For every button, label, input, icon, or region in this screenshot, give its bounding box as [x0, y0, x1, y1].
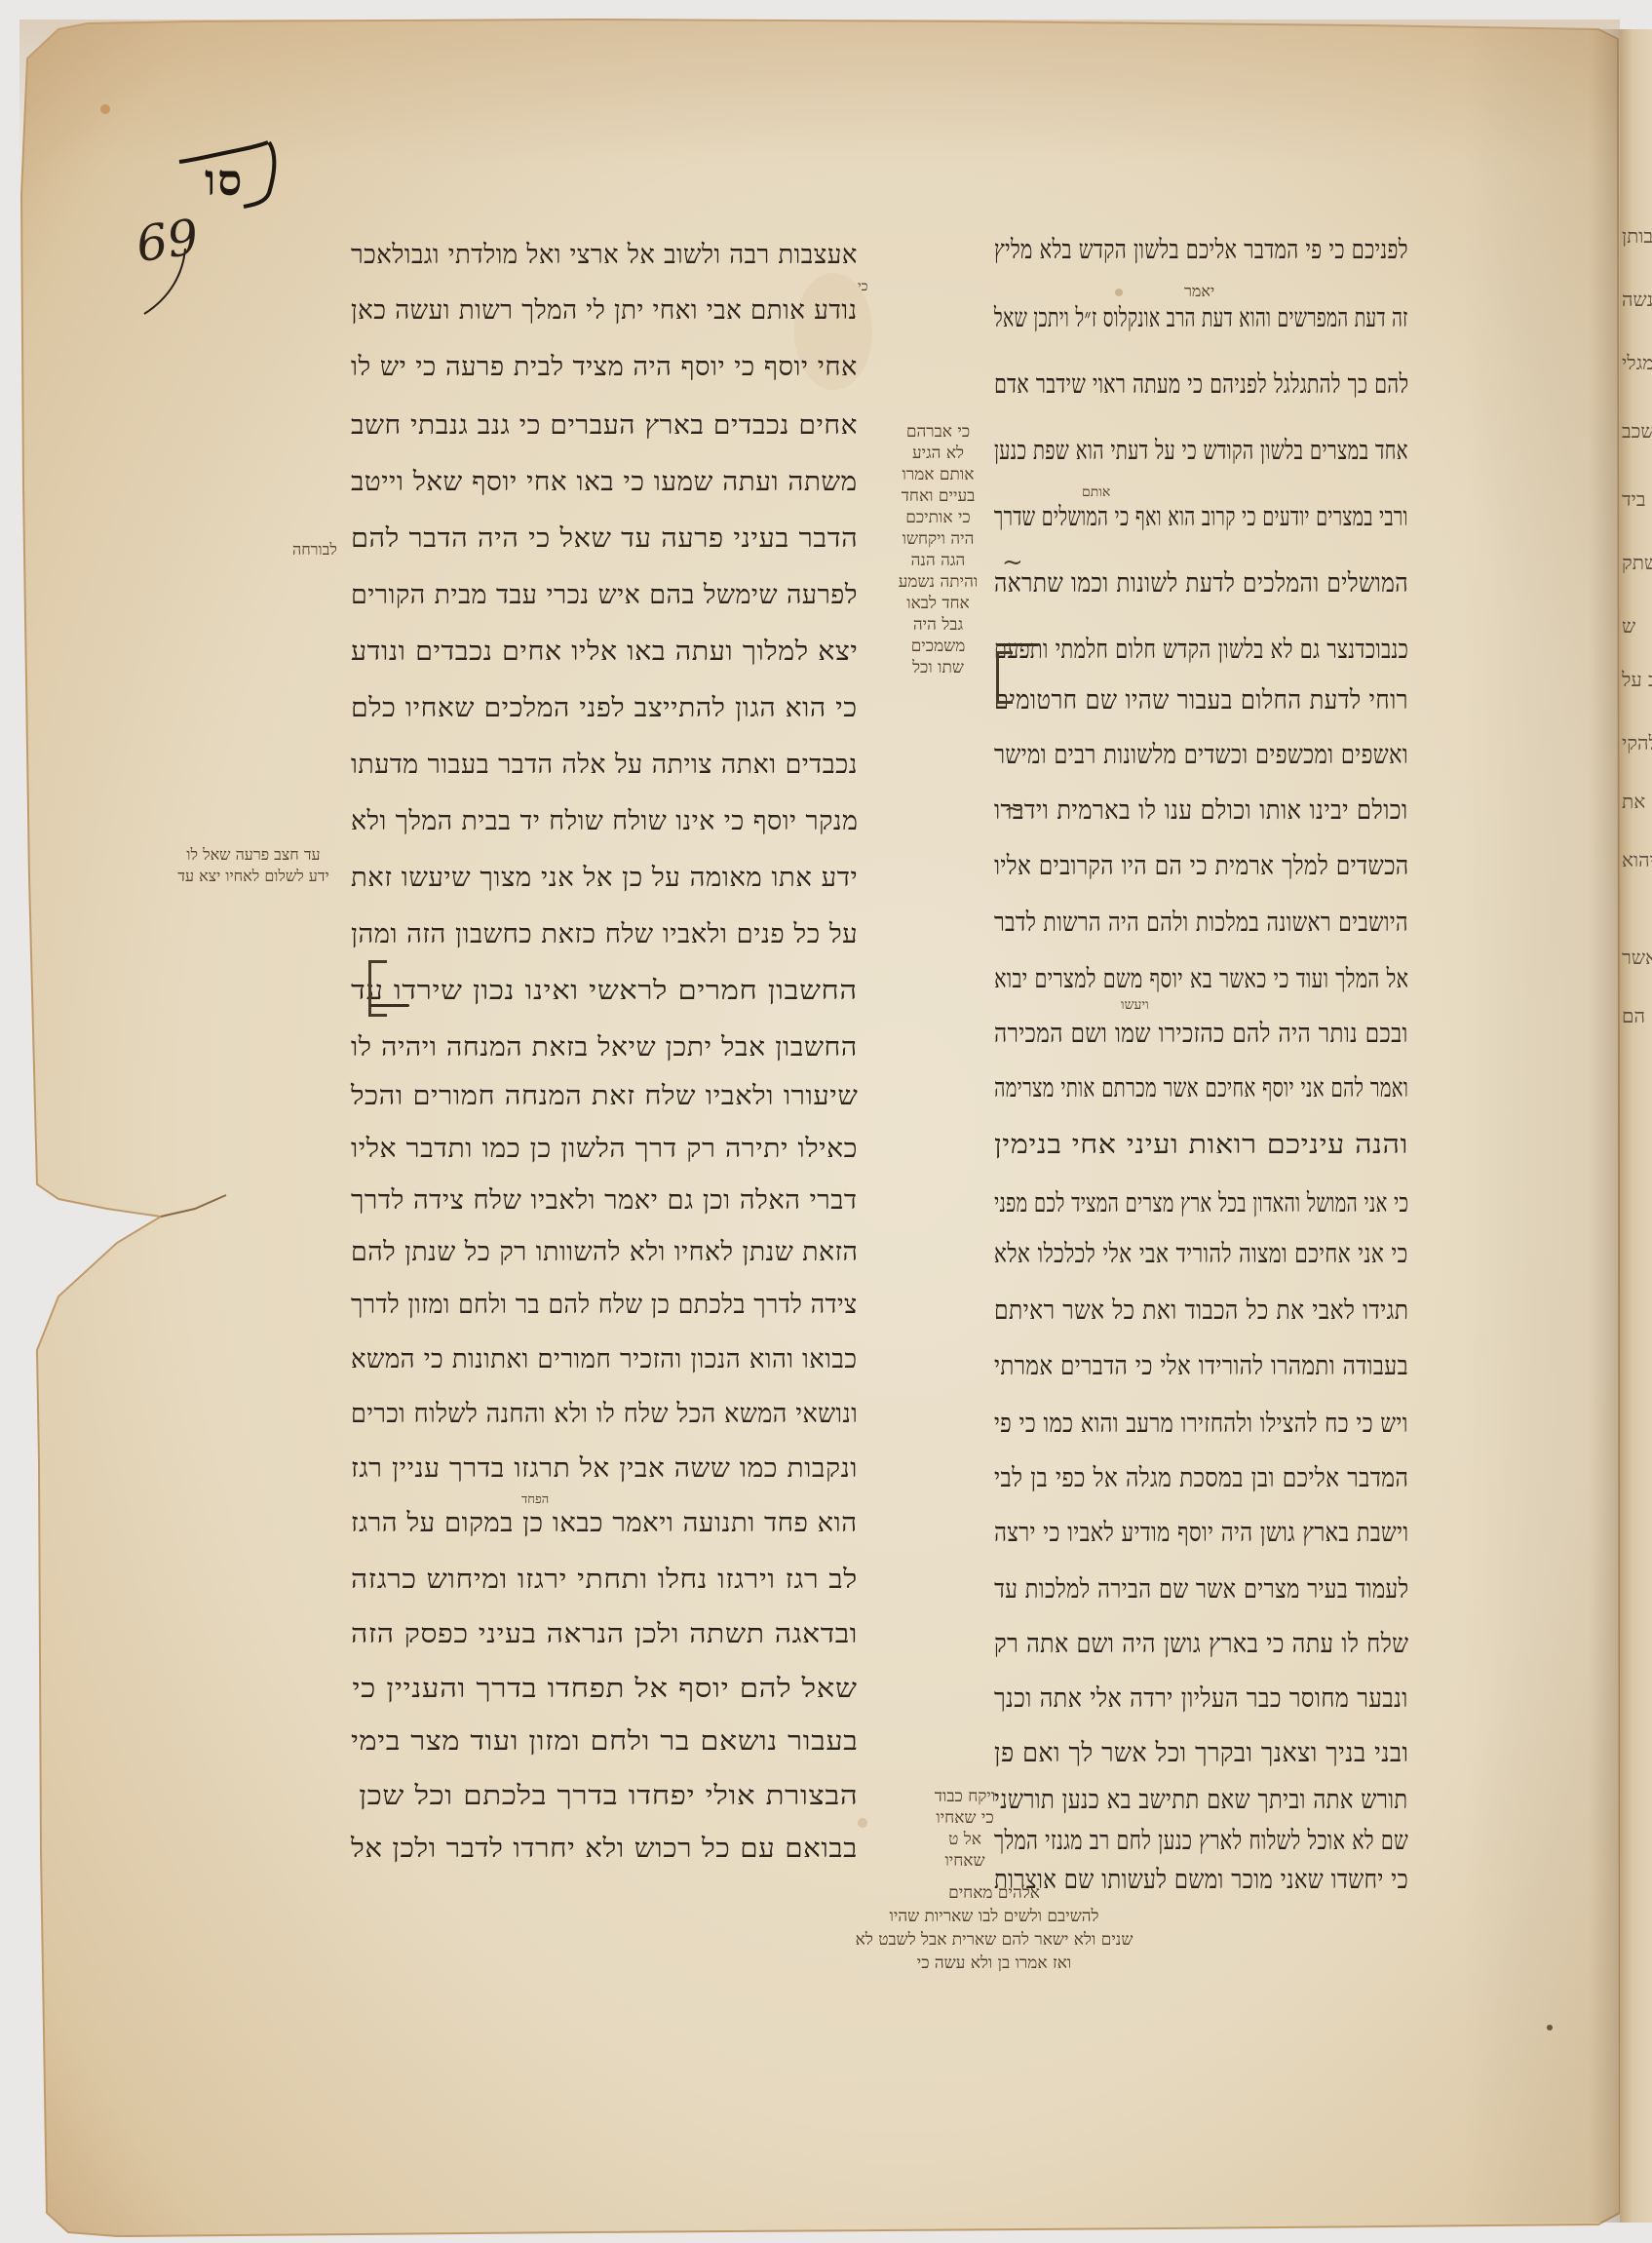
text-line: אל המלך ועוד כי כאשר בא יוסף משם למצרים … — [994, 963, 1408, 996]
text-line: אחי יוסף כי יוסף היה מציד לבית פרעה כי י… — [351, 351, 858, 384]
gloss-line: בעיים ואחד — [882, 485, 994, 507]
adjacent-page-text: אשר — [1622, 946, 1652, 970]
adjacent-page-edge: בותן נשה המגלי ישכב ב ביד ישתק ש לכ על ל… — [1620, 29, 1652, 2223]
text-line: לב רגז וירגזו נחלו ותחתי ירגזו ומיחוש כר… — [351, 1564, 858, 1597]
text-line: לפרעה שימשל בהם איש נכרי עבד מבית הקורים — [351, 579, 858, 612]
gloss-line: שנים ולא ישאר להם שארית אבל לשבט לא — [770, 1928, 1218, 1952]
text-line: החשבון אבל יתכן שיאל בזאת המנחה ויהיה לו — [351, 1031, 858, 1064]
text-line: לפניכם כי פי המדבר אליכם בלשון הקדש בלא … — [994, 234, 1408, 267]
adjacent-page-text: לכ על — [1622, 668, 1652, 692]
gloss-line: עד חצב פרעה שאל לו — [146, 844, 361, 866]
text-line: דברי האלה וכן גם יאמר ולאביו שלח צידה לד… — [351, 1184, 858, 1218]
text-line: הבצורת אולי יפחדו בדרך בלכתם וכל שכן — [359, 1780, 858, 1813]
gloss-line: שתו וכל — [882, 657, 994, 678]
text-line: הכשדים למלך ארמית כי הם היו הקרובים אליו — [994, 850, 1408, 883]
text-line: שאל להם יוסף אל תפחדו בדרך והעניין כי — [353, 1673, 858, 1706]
text-line: ונושאי המשא הכל שלח לו ולא והחנה לשלוח ו… — [351, 1398, 858, 1431]
text-line: שיעורו ולאביו שלח זאת המנחה חמורים והכל — [351, 1080, 858, 1113]
adjacent-page-text: בותן — [1622, 224, 1652, 249]
interlinear-note: כי — [858, 276, 868, 297]
gloss-line: כי אותיכם — [882, 507, 994, 528]
text-line: כבואו והוא הנכון והזכיר חמורים ואתונות כ… — [351, 1343, 858, 1376]
gloss-line: הגה הנה — [882, 550, 994, 571]
text-line: ובני בניך וצאנך ובקרך וכל אשר לך ואם פן — [994, 1737, 1408, 1770]
interlinear-note: הפחד — [521, 1489, 549, 1511]
bracket-mark — [368, 960, 387, 1017]
gloss-line: אותם אמרו — [882, 464, 994, 485]
text-line: וישבת בארץ גושן היה יוסף מודיע לאביו כי … — [994, 1517, 1408, 1550]
text-line: אעצבות רבה ולשוב אל ארצי ואל מולדתי וגבו… — [351, 239, 858, 272]
text-line: הוא פחד ותנועה ויאמר כבאו כן במקום על הר… — [351, 1507, 858, 1540]
interlinear-note: יאמר — [1184, 281, 1214, 302]
text-line: מנקר יוסף כי אינו שולח שולח יד בבית המלך… — [351, 805, 858, 838]
text-line: ויש כי כח להצילו ולהחזירו מרעב והוא כמו … — [994, 1408, 1408, 1441]
text-line: שלח לו עתה כי בארץ גושן היה ושם אתה רק — [994, 1628, 1408, 1661]
text-line: זה דעת המפרשים והוא דעת הרב אונקלוס ז״ל … — [994, 302, 1408, 335]
manuscript-scan: בותן נשה המגלי ישכב ב ביד ישתק ש לכ על ל… — [0, 0, 1652, 2243]
adjacent-page-text: להקי — [1622, 731, 1652, 755]
text-line: ורבי במצרים יודעים כי קרוב הוא ואף כי המ… — [994, 501, 1408, 534]
text-line: אחד במצרים בלשון הקודש כי על דעתי הוא שפ… — [994, 435, 1408, 468]
text-line: רוחי לדעת החלום בעבור שהיו שם חרטומים — [994, 684, 1408, 717]
text-line: ואמר להם אני יוסף אחיכם אשר מכרתם אותי מ… — [994, 1072, 1408, 1105]
adjacent-page-text: הם — [1622, 1004, 1645, 1028]
text-line: המדבר אליכם ובן במסכת מגלה אל כפי בן לבי — [994, 1462, 1408, 1495]
bracket-rule-mark — [370, 1004, 409, 1007]
gloss-line: ידע לשלום לאחיו יצא עד — [146, 866, 361, 887]
gloss-line: כי שאחיו — [926, 1807, 1004, 1829]
text-line: והנה עיניכם רואות ועיני אחי בנימין — [994, 1129, 1408, 1162]
gloss-line: לא הגיע — [882, 443, 994, 464]
text-line: ונקבות כמו ששה אבין אל תרגזו בדרך עניין … — [351, 1452, 858, 1486]
folio-number-hebrew: סו — [185, 144, 283, 213]
text-line: בעבודה ותמהרו להורידו אלי כי הדברים אמרת… — [994, 1350, 1408, 1383]
text-line: בבואם עם כל רכוש ולא יחרדו לדבר ולכן אל — [351, 1833, 858, 1866]
text-line: וכולם יבינו אותו וכולם ענו לו בארמית ויד… — [994, 794, 1408, 828]
line-filler-mark: ~ — [1002, 548, 1023, 577]
text-line: צידה לדרך בלכתם כן שלח להם בר ולחם ומזון… — [351, 1289, 858, 1322]
text-line: כי אני אחיכם ומצוה להוריד אבי אלי לכלכלו… — [994, 1238, 1408, 1271]
text-line: כנבוכדנצר גם לא בלשון הקדש חלום חלמתי ות… — [994, 634, 1408, 667]
gloss-line: ואז אמרו בן ולא עשה כי — [770, 1952, 1218, 1975]
left-margin-note: עד חצב פרעה שאל לו ידע לשלום לאחיו יצא ע… — [146, 844, 361, 887]
text-line: הדבר בעיני פרעה עד שאל כי היה הדבר להם — [351, 522, 858, 556]
text-line: היושבים ראשונה במלכות ולהם היה הרשות לדב… — [994, 907, 1408, 940]
gutter-gloss-top: כי אברהם לא הגיע אותם אמרו בעיים ואחד כי… — [882, 421, 994, 678]
gloss-line: משמכים — [882, 636, 994, 657]
text-line: נכבדים ואתה צויתה על אלה הדבר בעבור מדעת… — [351, 749, 858, 782]
text-line: כי הוא הגון להתייצב לפני המלכים שאחיו כל… — [351, 692, 858, 725]
line-filler-mark: ~ — [1004, 794, 1025, 824]
interlinear-note: אותם — [1082, 482, 1110, 503]
text-line: בעבור נושאם בר ולחם ומזון ועוד מצר בימי — [350, 1725, 858, 1759]
gloss-line: והיתה נשמע — [882, 571, 994, 593]
text-line: לעמוד בעיר מצרים אשר שם הבירה למלכות עד — [994, 1573, 1408, 1606]
text-line: הזאת שנתן לאחיו ולא להשוותו רק כל שנתן ל… — [351, 1236, 858, 1269]
gloss-line: אל ט — [926, 1829, 1004, 1850]
gutter-gloss-bottom: ויקח כבוד כי שאחיו אל ט שאחיו — [926, 1786, 1004, 1872]
bracket-mark — [996, 651, 1013, 704]
text-line: תגידו לאבי את כל הכבוד ואת כל אשר ראיתם — [994, 1295, 1408, 1328]
text-line: ואשפים ומכשפים וכשדים מלשונות רבים ומישר — [994, 739, 1408, 772]
text-line: על כל פנים ולאביו שלח כזאת כחשבון הזה ומ… — [351, 918, 858, 951]
adjacent-page-text: ישכב — [1622, 419, 1652, 444]
folio-tail-stroke-icon — [136, 244, 195, 322]
adjacent-page-text: המגלי — [1622, 351, 1652, 375]
text-line: נודע אותם אבי ואחי יתן לי המלך רשות ועשה… — [351, 294, 858, 328]
text-line: שם לא אוכל לשלוח לארץ כנען לחם רב מגנזי … — [994, 1825, 1408, 1858]
adjacent-page-text: ש — [1622, 614, 1635, 638]
gloss-line: שאחיו — [926, 1850, 1004, 1872]
interlinear-note: ויעשו — [1121, 994, 1149, 1016]
gloss-line: ויקח כבוד — [926, 1786, 1004, 1807]
gloss-line: כי אברהם — [882, 421, 994, 443]
adjacent-page-text: ישתק — [1622, 551, 1652, 575]
bracket-rule-mark — [996, 643, 1039, 646]
text-line: החשבון חמרים לראשי ואינו נכון שירדו עד — [351, 975, 858, 1008]
adjacent-page-text: ב ביד — [1622, 487, 1652, 512]
text-line: יצא למלוך ועתה באו אליו אחים נכבדים ונוד… — [351, 636, 858, 669]
text-line: ידע אתו מאומה על כן אל אני מצוך שיעשו זא… — [351, 862, 858, 895]
gloss-line: היה ויקחשו — [882, 528, 994, 550]
text-line: ובכם נותר היה להם כהזכירו שמו ושם המכירה — [994, 1018, 1408, 1051]
gloss-line: אחד לבאו — [882, 593, 994, 614]
text-line: ובדאגה תשתה ולכן הנראה בעיני כפסק הזה — [351, 1618, 858, 1651]
folio-hebrew-text: סו — [205, 156, 244, 206]
adjacent-page-text: נשה — [1622, 288, 1652, 312]
text-line: כאילו יתירה רק דרך הלשון כן כמו ותדבר אל… — [351, 1133, 858, 1166]
adjacent-page-text: יהוא — [1622, 848, 1652, 872]
text-line: ונבער מחוסר כבר העליון ירדה אלי אתה וכנך — [994, 1682, 1408, 1716]
text-line: כי אני המושל והאדון בכל ארץ מצרים המציד … — [994, 1187, 1408, 1220]
bottom-annotation: אלהים מאחים להשיבם ולשים לבו שאריות שהיו… — [770, 1881, 1218, 1975]
text-line: להם כך להתגלגל לפניהם כי מעתה ראוי שידבר… — [994, 368, 1408, 402]
text-line: אחים נכבדים בארץ העברים כי גנב גנבתי חשב — [351, 409, 858, 443]
gloss-line: להשיבם ולשים לבו שאריות שהיו — [770, 1905, 1218, 1928]
text-line: המושלים והמלכים לדעת לשונות וכמו שתראה — [994, 567, 1408, 600]
adjacent-page-text: אנה את — [1622, 790, 1652, 814]
left-margin-word: לבורחה — [292, 539, 337, 561]
gloss-line: גבל היה — [882, 614, 994, 636]
text-line: משתה ועתה שמעו כי באו אחי יוסף שאל וייטב — [351, 466, 858, 499]
text-line: תורש אתה וביתך שאם תתישב בא כנען תורשני — [994, 1784, 1408, 1817]
gloss-line: אלהים מאחים — [770, 1881, 1218, 1905]
